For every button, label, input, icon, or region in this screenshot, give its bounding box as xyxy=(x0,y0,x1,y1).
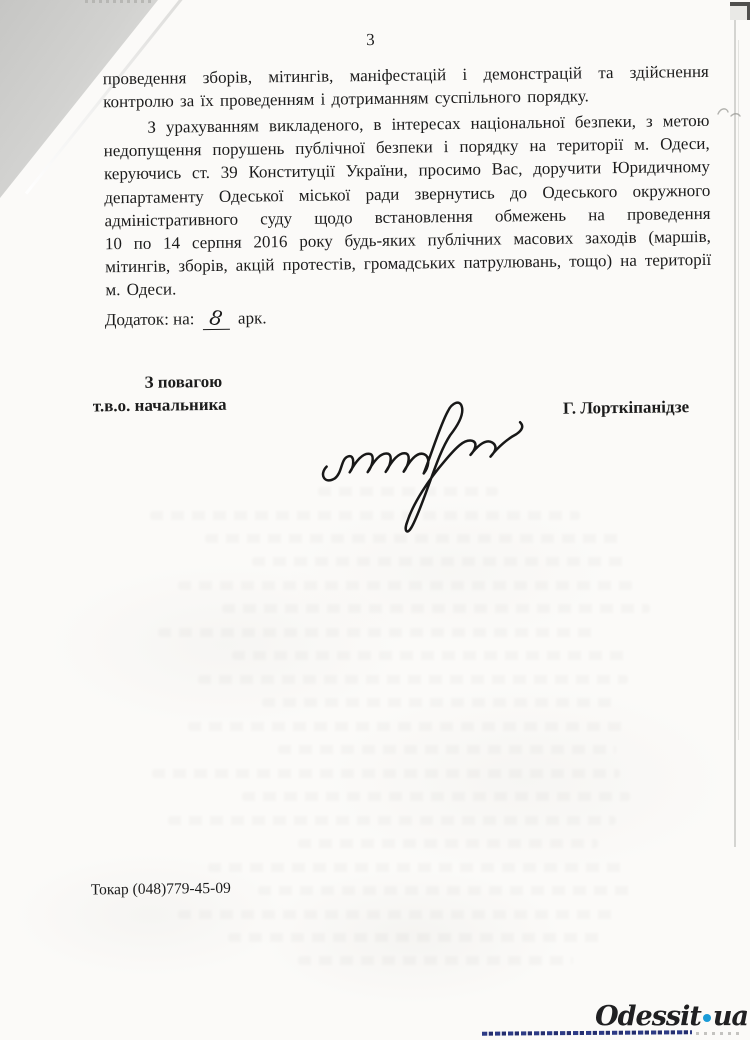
page-number: 3 xyxy=(0,25,746,54)
attachment-line: Додаток: на: 8 арк. xyxy=(105,307,267,331)
watermark-brand: Odessit xyxy=(595,1001,701,1032)
attachment-unit: арк. xyxy=(238,308,267,327)
attachment-label: Додаток: на: xyxy=(105,309,195,329)
signature-scribble xyxy=(312,390,544,543)
attachment-count-underline: 8 xyxy=(203,308,230,330)
bottom-scan-artifact-tail xyxy=(696,1032,740,1035)
handwritten-count: 8 xyxy=(208,308,223,328)
executor-contact: Токар (048)779-45-09 xyxy=(91,880,231,900)
letter-body: 3 проведення зборів, мітингів, маніфеста… xyxy=(0,0,750,1040)
body-paragraph-2: З урахуванням викладеного, в інтересах н… xyxy=(103,109,711,302)
watermark-dot-icon xyxy=(703,1014,711,1022)
closing-salutation: З повагою xyxy=(144,372,222,393)
site-watermark: Odessitua xyxy=(595,1001,748,1032)
signer-name: Г. Лорткіпанідзе xyxy=(563,397,689,419)
watermark-tld: ua xyxy=(713,1001,748,1032)
body-paragraph-1: проведення зборів, мітингів, маніфестаці… xyxy=(103,60,710,114)
scanned-letter-page: 3 проведення зборів, мітингів, маніфеста… xyxy=(0,0,750,1040)
signer-position: т.в.о. начальника xyxy=(93,395,227,417)
